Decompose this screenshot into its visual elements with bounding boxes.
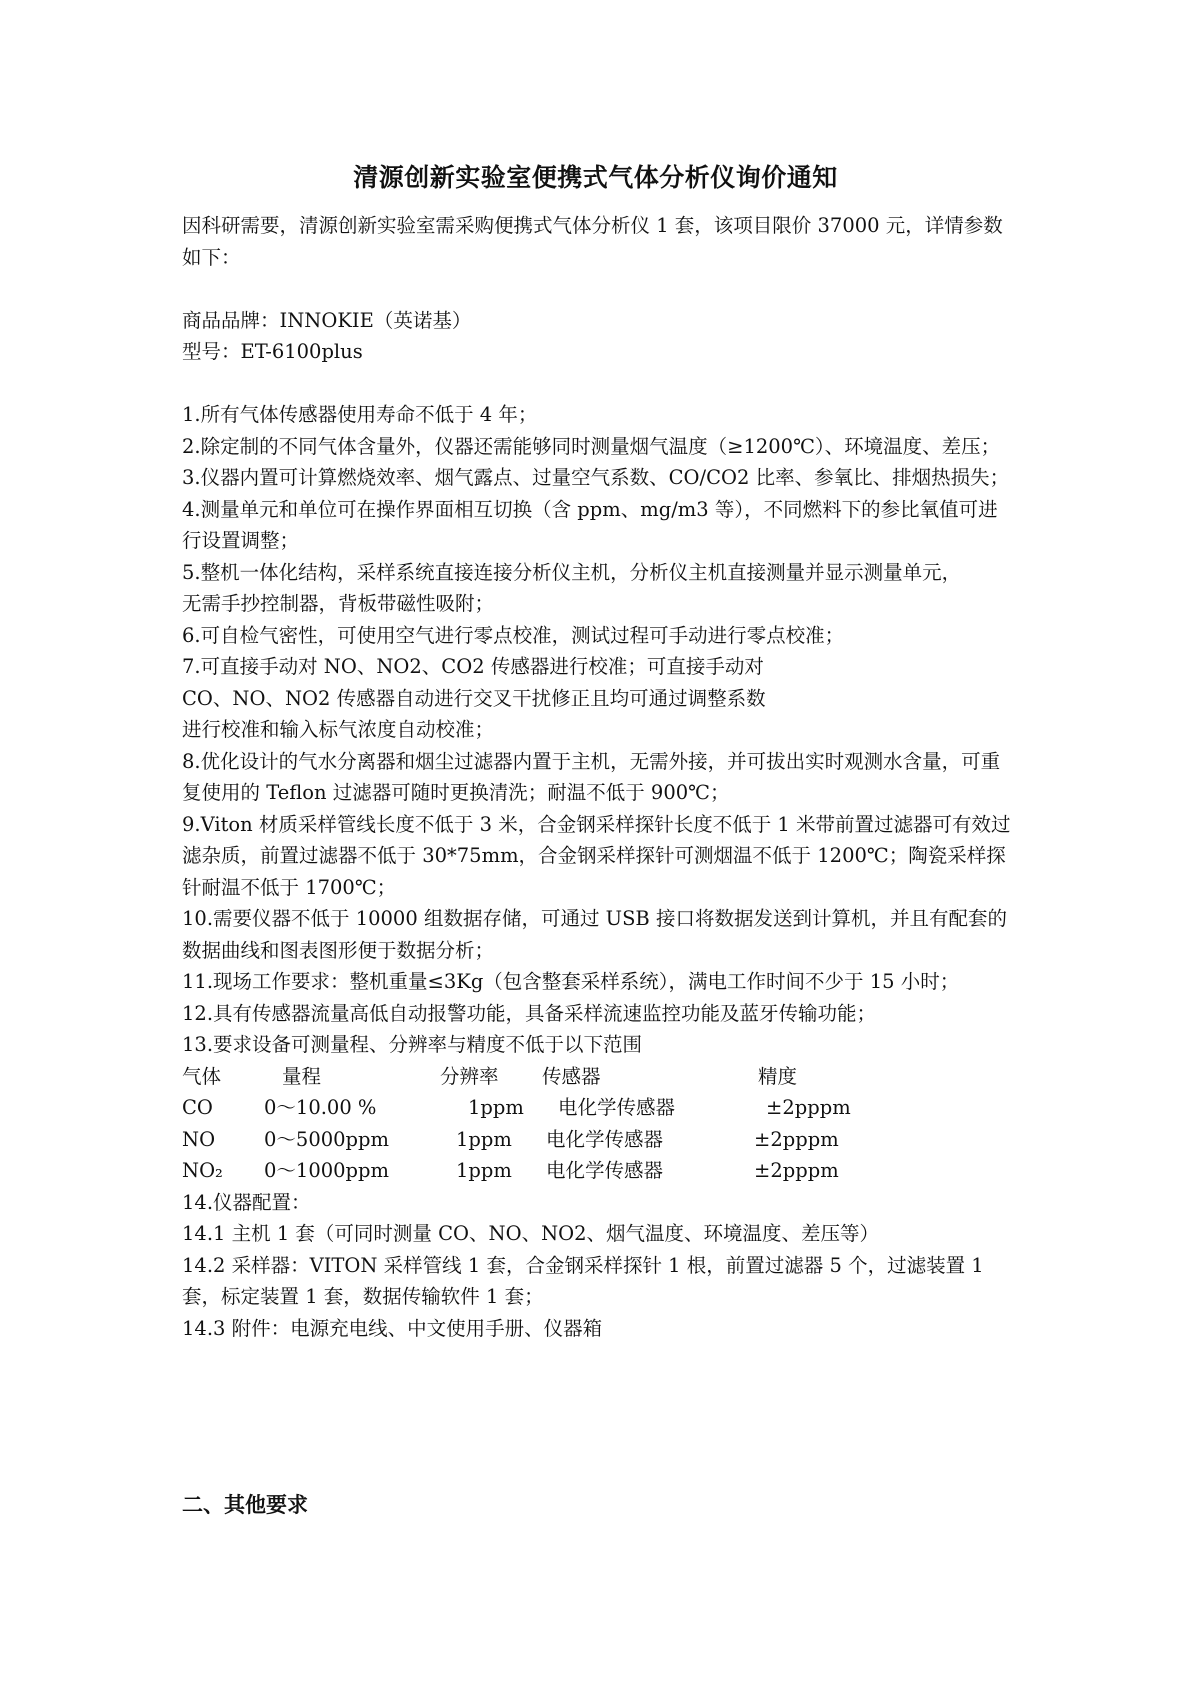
- requirement-item: 8.优化设计的气水分离器和烟尘过滤器内置于主机，无需外接，并可拔出实时观测水含量…: [182, 746, 1012, 809]
- requirement-item: 3.仪器内置可计算燃烧效率、烟气露点、过量空气系数、CO/CO2 比率、参氧比、…: [182, 462, 1012, 494]
- requirement-item: 11.现场工作要求：整机重量≤3Kg（包含整套采样系统），满电工作时间不少于 1…: [182, 966, 1012, 998]
- requirement-item: 5.整机一体化结构，采样系统直接连接分析仪主机，分析仪主机直接测量并显示测量单元…: [182, 557, 1012, 589]
- requirement-item: 2.除定制的不同气体含量外，仪器还需能够同时测量烟气温度（≥1200℃）、环境温…: [182, 431, 1012, 463]
- requirement-item: 9.Viton 材质采样管线长度不低于 3 米，合金钢采样探针长度不低于 1 米…: [182, 809, 1012, 904]
- requirement-item: 无需手抄控制器，背板带磁性吸附；: [182, 588, 1012, 620]
- requirement-item: 7.可直接手动对 NO、NO2、CO2 传感器进行校准；可直接手动对: [182, 651, 1012, 683]
- table-row: NO₂ 0～1000ppm 1ppm 电化学传感器 ±2pppm: [182, 1155, 1012, 1187]
- requirement-item: 10.需要仪器不低于 10000 组数据存储，可通过 USB 接口将数据发送到计…: [182, 903, 1012, 966]
- brand-line: 商品品牌：INNOKIE（英诺基）: [182, 305, 1012, 337]
- header-range: 量程: [282, 1061, 321, 1093]
- document-page: 清源创新实验室便携式气体分析仪询价通知 因科研需要，清源创新实验室需采购便携式气…: [0, 0, 1191, 1684]
- header-gas: 气体: [182, 1061, 221, 1093]
- requirement-item: CO、NO、NO2 传感器自动进行交叉干扰修正且均可通过调整系数: [182, 683, 1012, 715]
- table-row: NO 0～5000ppm 1ppm 电化学传感器 ±2pppm: [182, 1124, 1012, 1156]
- requirement-item: 13.要求设备可测量程、分辨率与精度不低于以下范围: [182, 1029, 1012, 1061]
- config-item: 14.3 附件：电源充电线、中文使用手册、仪器箱: [182, 1313, 1012, 1345]
- spec-table: 气体 量程 分辨率 传感器 精度 CO 0～10.00 % 1ppm 电化学传感…: [182, 1061, 1012, 1187]
- header-resolution: 分辨率: [440, 1061, 499, 1093]
- requirement-item: 6.可自检气密性，可使用空气进行零点校准，测试过程可手动进行零点校准；: [182, 620, 1012, 652]
- document-body: 因科研需要，清源创新实验室需采购便携式气体分析仪 1 套，该项目限价 37000…: [182, 210, 1012, 1344]
- header-accuracy: 精度: [758, 1061, 797, 1093]
- model-line: 型号：ET-6100plus: [182, 336, 1012, 368]
- table-row: CO 0～10.00 % 1ppm 电化学传感器 ±2pppm: [182, 1092, 1012, 1124]
- section-heading-other-requirements: 二、其他要求: [182, 1489, 308, 1519]
- requirement-item: 进行校准和输入标气浓度自动校准；: [182, 714, 1012, 746]
- requirement-item: 1.所有气体传感器使用寿命不低于 4 年；: [182, 399, 1012, 431]
- config-item: 14.仪器配置：: [182, 1187, 1012, 1219]
- spec-table-header: 气体 量程 分辨率 传感器 精度: [182, 1061, 1012, 1093]
- spacer: [182, 273, 1012, 305]
- requirement-item: 4.测量单元和单位可在操作界面相互切换（含 ppm、mg/m3 等），不同燃料下…: [182, 494, 1012, 557]
- spacer: [182, 368, 1012, 400]
- header-sensor: 传感器: [542, 1061, 601, 1093]
- requirement-item: 12.具有传感器流量高低自动报警功能，具备采样流速监控功能及蓝牙传输功能；: [182, 998, 1012, 1030]
- config-item: 14.1 主机 1 套（可同时测量 CO、NO、NO2、烟气温度、环境温度、差压…: [182, 1218, 1012, 1250]
- config-item: 14.2 采样器：VITON 采样管线 1 套，合金钢采样探针 1 根，前置过滤…: [182, 1250, 1012, 1313]
- intro-paragraph: 因科研需要，清源创新实验室需采购便携式气体分析仪 1 套，该项目限价 37000…: [182, 210, 1012, 273]
- document-title: 清源创新实验室便携式气体分析仪询价通知: [0, 158, 1191, 194]
